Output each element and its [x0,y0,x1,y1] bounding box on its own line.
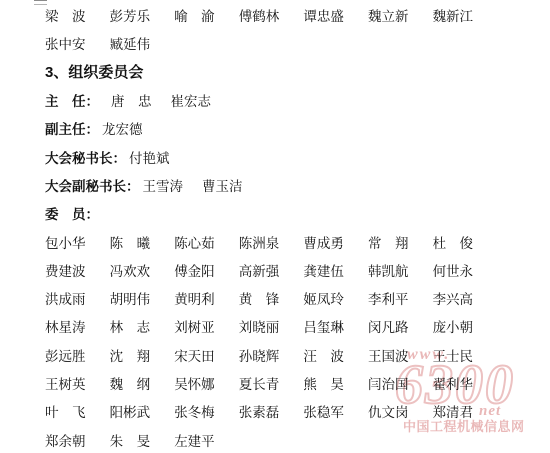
member-name: 常 翔 [368,232,409,252]
member-name: 庞小朝 [433,316,474,336]
member-name: 王士民 [433,345,474,365]
member-name: 曹成勇 [303,232,344,252]
document-content: 梁 波 彭芳乐 喻 渝 傅鹤林 谭忠盛 魏立新 魏新江 张中安 臧延伟 3、组织… [0,0,550,453]
member-name: 魏立新 [368,5,409,25]
member-name: 刘树亚 [174,316,215,336]
member-name: 傅金阳 [174,260,215,280]
member-name: 熊 昊 [303,373,344,393]
member-name: 张稳军 [303,401,344,421]
member-name: 谭忠盛 [303,5,344,25]
member-name: 李利平 [368,288,409,308]
member-name: 陈心茹 [174,232,215,252]
member-name: 吕玺琳 [303,316,344,336]
officer-name: 龙宏德 [102,118,143,138]
officer-line-secretary-general: 大会秘书长： 付艳斌 [45,142,550,170]
member-name: 林星涛 [45,316,86,336]
member-name: 吴怀娜 [174,373,215,393]
member-name: 叶 飞 [45,401,86,421]
member-name: 彭远胜 [45,345,86,365]
officer-name: 王雪涛 [143,175,184,195]
member-name: 黄 锋 [239,288,280,308]
officer-line-vice-chairman: 副主任： 龙宏德 [45,114,550,142]
officer-name: 付艳斌 [129,147,170,167]
member-name: 林 志 [110,316,151,336]
member-name: 韩凯航 [368,260,409,280]
member-name: 梁 波 [45,5,86,25]
member-name: 何世永 [433,260,474,280]
member-name: 陈 曦 [110,232,151,252]
member-name: 张中安 [45,33,86,53]
member-name: 杜 俊 [433,232,474,252]
officer-label: 主 任： [45,90,99,110]
officer-label: 委 员： [45,203,99,223]
document-page: www. 6300 net 中国工程机械信息网 梁 波 彭芳乐 喻 渝 傅鹤林 … [0,0,550,453]
member-name: 仇文岗 [368,401,409,421]
member-name: 张素磊 [239,401,280,421]
member-name: 孙晓辉 [239,345,280,365]
member-name: 郑清君 [433,401,474,421]
member-name: 阳彬武 [110,401,151,421]
member-name: 冯欢欢 [110,260,151,280]
member-name: 喻 渝 [174,5,215,25]
officer-name: 唐 忠 [111,90,152,110]
member-name: 左建平 [174,430,215,450]
previous-members-grid: 梁 波 彭芳乐 喻 渝 傅鹤林 谭忠盛 魏立新 魏新江 张中安 臧延伟 [45,1,550,58]
section-heading: 3、组织委员会 [45,58,550,86]
officer-label: 副主任： [45,118,99,138]
member-name: 傅鹤林 [239,5,280,25]
top-edge-artifact [34,0,47,5]
member-name: 刘晓丽 [239,316,280,336]
member-name: 闵凡路 [368,316,409,336]
member-name: 朱 旻 [110,430,151,450]
member-name: 李兴高 [433,288,474,308]
member-name: 沈 翔 [110,345,151,365]
officer-name: 崔宏志 [171,90,212,110]
member-name: 费建波 [45,260,86,280]
member-name: 汪 波 [303,345,344,365]
member-name: 张冬梅 [174,401,215,421]
officer-line-chairman: 主 任： 唐 忠 崔宏志 [45,86,550,114]
member-name: 翟利华 [433,373,474,393]
officer-label: 大会秘书长： [45,147,126,167]
member-name: 王树英 [45,373,86,393]
member-name: 魏 纲 [110,373,151,393]
member-name: 包小华 [45,232,86,252]
officer-label: 大会副秘书长： [45,175,140,195]
member-name: 臧延伟 [110,33,151,53]
officer-line-committee-members-label: 委 员： [45,199,550,227]
member-name: 魏新江 [433,5,474,25]
member-name: 宋天田 [174,345,215,365]
member-name: 闫治国 [368,373,409,393]
member-name: 龚建伍 [303,260,344,280]
member-name: 姬凤玲 [303,288,344,308]
member-name: 陈洲泉 [239,232,280,252]
member-name: 彭芳乐 [110,5,151,25]
member-name: 胡明伟 [110,288,151,308]
member-name: 洪成雨 [45,288,86,308]
member-name: 郑余朝 [45,430,86,450]
member-name: 黄明利 [174,288,215,308]
officer-name: 曹玉洁 [202,175,243,195]
member-name: 王国波 [368,345,409,365]
members-grid: 包小华 陈 曦 陈心茹 陈洲泉 曹成勇 常 翔 杜 俊 费建波 冯欢欢 傅金阳 … [45,227,550,453]
member-name: 夏长青 [239,373,280,393]
member-name: 高新强 [239,260,280,280]
officer-line-deputy-secretary-general: 大会副秘书长： 王雪涛 曹玉洁 [45,171,550,199]
